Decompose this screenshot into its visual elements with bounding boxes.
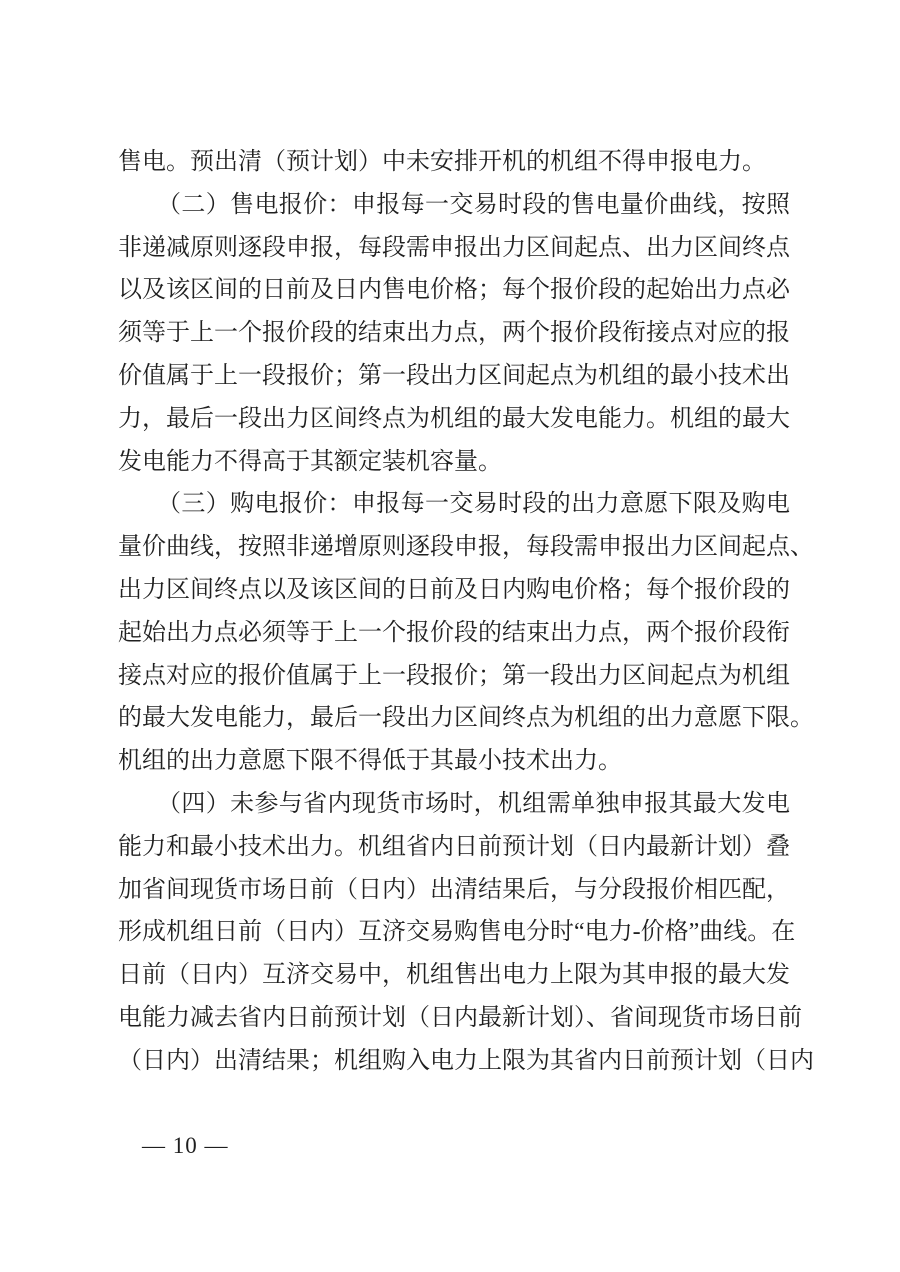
body-text: 售电。预出清（预计划）中未安排开机的机组不得申报电力。 （二）售电报价：申报每一… — [118, 141, 790, 1083]
text-line: 接点对应的报价值属于上一段报价；第一段出力区间起点为机组 — [118, 655, 790, 698]
text-line: 形成机组日前（日内）互济交易购售电分时“电力-价格”曲线。在 — [118, 911, 790, 954]
text-line: 日前（日内）互济交易中，机组售出电力上限为其申报的最大发 — [118, 954, 790, 997]
text-line: 电能力减去省内日前预计划（日内最新计划）、省间现货市场日前 — [118, 997, 790, 1040]
text-line: 力，最后一段出力区间终点为机组的最大发电能力。机组的最大 — [118, 398, 790, 441]
text-line: 起始出力点必须等于上一个报价段的结束出力点，两个报价段衔 — [118, 612, 790, 655]
text-line: 发电能力不得高于其额定装机容量。 — [118, 441, 790, 484]
text-line: 售电。预出清（预计划）中未安排开机的机组不得申报电力。 — [118, 141, 790, 184]
text-line: 以及该区间的日前及日内售电价格；每个报价段的起始出力点必 — [118, 269, 790, 312]
text-line: 加省间现货市场日前（日内）出清结果后，与分段报价相匹配， — [118, 869, 790, 912]
text-line: 量价曲线，按照非递增原则逐段申报，每段需申报出力区间起点、 — [118, 526, 790, 569]
text-line: （二）售电报价：申报每一交易时段的售电量价曲线，按照 — [118, 184, 790, 227]
page-number: — 10 — — [142, 1133, 229, 1159]
text-line: （三）购电报价：申报每一交易时段的出力意愿下限及购电 — [118, 483, 790, 526]
document-page: 售电。预出清（预计划）中未安排开机的机组不得申报电力。 （二）售电报价：申报每一… — [0, 0, 900, 1272]
text-line: 非递减原则逐段申报，每段需申报出力区间起点、出力区间终点 — [118, 227, 790, 270]
text-line: 的最大发电能力，最后一段出力区间终点为机组的出力意愿下限。 — [118, 697, 790, 740]
text-line: 须等于上一个报价段的结束出力点，两个报价段衔接点对应的报 — [118, 312, 790, 355]
text-line: （四）未参与省内现货市场时，机组需单独申报其最大发电 — [118, 783, 790, 826]
text-line: 出力区间终点以及该区间的日前及日内购电价格；每个报价段的 — [118, 569, 790, 612]
text-line: 价值属于上一段报价；第一段出力区间起点为机组的最小技术出 — [118, 355, 790, 398]
text-line: 机组的出力意愿下限不得低于其最小技术出力。 — [118, 740, 790, 783]
text-line: （日内）出清结果；机组购入电力上限为其省内日前预计划（日内 — [118, 1040, 790, 1083]
text-line: 能力和最小技术出力。机组省内日前预计划（日内最新计划）叠 — [118, 826, 790, 869]
